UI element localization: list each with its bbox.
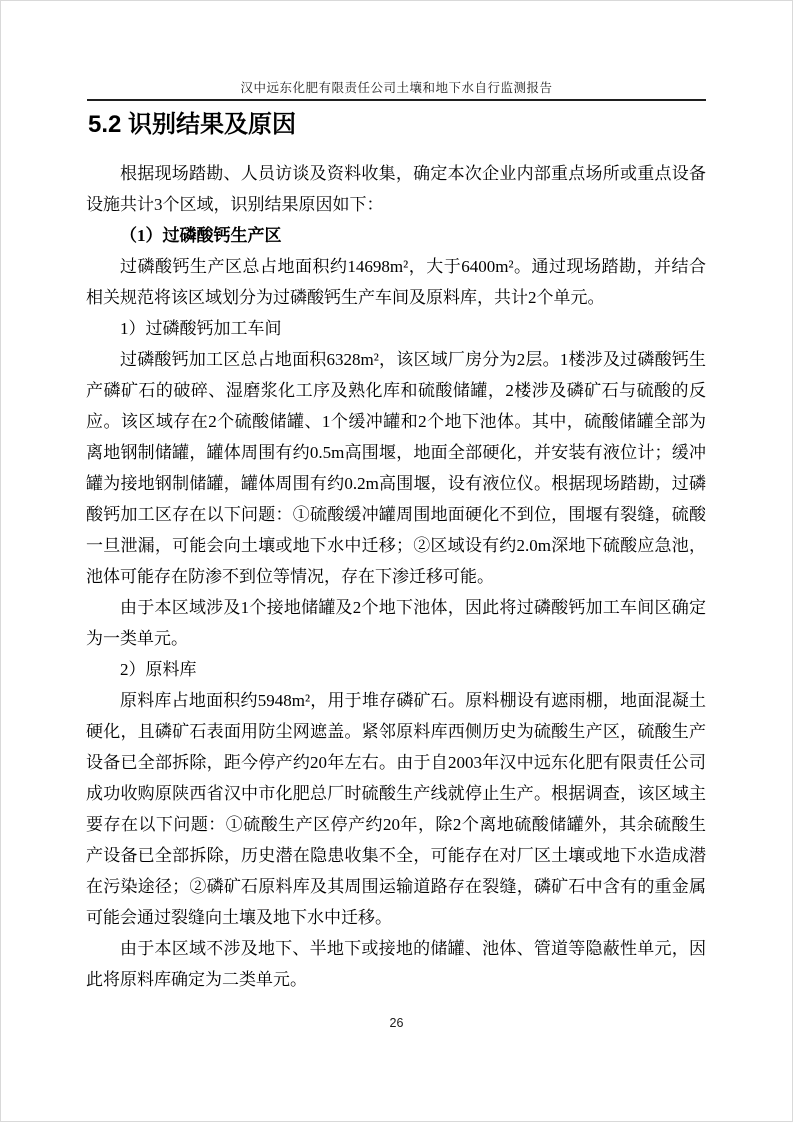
paragraph-production-area-overview: 过磷酸钙生产区总占地面积约14698m²，大于6400m²。通过现场踏勘，并结合… (86, 251, 706, 313)
running-header-title: 汉中远东化肥有限责任公司土壤和地下水自行监测报告 (1, 80, 792, 96)
page-number: 26 (1, 1016, 792, 1030)
paragraph-intro: 根据现场踏勘、人员访谈及资料收集，确定本次企业内部重点场所或重点设备设施共计3个… (86, 158, 706, 220)
document-body: 根据现场踏勘、人员访谈及资料收集，确定本次企业内部重点场所或重点设备设施共计3个… (86, 158, 706, 995)
subheading-processing-workshop: 1）过磷酸钙加工车间 (86, 313, 706, 344)
paragraph-warehouse-detail: 原料库占地面积约5948m²，用于堆存磷矿石。原料棚设有遮雨棚，地面混凝土硬化，… (86, 685, 706, 933)
paragraph-workshop-classification: 由于本区域涉及1个接地储罐及2个地下池体，因此将过磷酸钙加工车间区确定为一类单元… (86, 592, 706, 654)
paragraph-warehouse-classification: 由于本区域不涉及地下、半地下或接地的储罐、池体、管道等隐蔽性单元，因此将原料库确… (86, 933, 706, 995)
header-divider-rule (87, 99, 706, 101)
document-page: 汉中远东化肥有限责任公司土壤和地下水自行监测报告 5.2 识别结果及原因 根据现… (0, 0, 793, 1122)
section-title: 5.2 识别结果及原因 (88, 110, 707, 140)
paragraph-processing-workshop-detail: 过磷酸钙加工区总占地面积6328m²，该区域厂房分为2层。1楼涉及过磷酸钙生产磷… (86, 344, 706, 592)
subheading-raw-material-warehouse: 2）原料库 (86, 654, 706, 685)
heading-superphosphate-production-area: （1）过磷酸钙生产区 (86, 220, 706, 251)
